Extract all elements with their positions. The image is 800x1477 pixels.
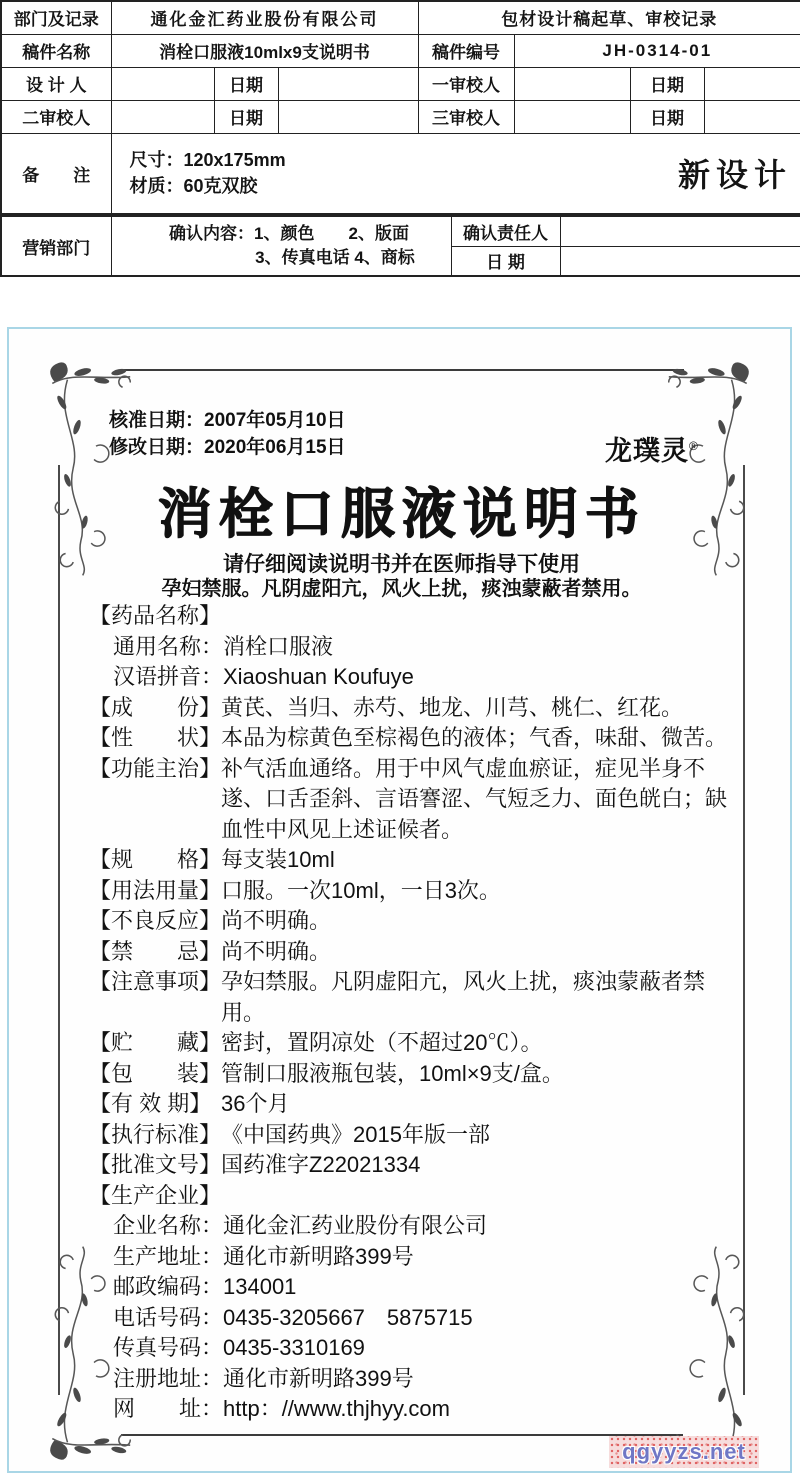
leaflet-entry: 【用法用量】口服。一次10ml，一日3次。: [89, 876, 739, 907]
entry-label: 【用法用量】: [89, 876, 221, 907]
approval-dates: 核准日期：2007年05月10日 修改日期：2020年06月15日: [109, 407, 346, 461]
leaflet-entry: 生产地址：通化市新明路399号: [89, 1242, 739, 1273]
entry-label: 【批准文号】: [89, 1150, 221, 1181]
brand-logo: 龙璞灵®: [605, 429, 699, 468]
remark-material: 材质：60克双胶: [130, 173, 286, 199]
entry-label: 【功能主治】: [89, 754, 221, 785]
leaflet-entry: 注册地址：通化市新明路399号: [89, 1364, 739, 1395]
reviewer2-value-cell: [111, 100, 214, 133]
date-label-cell: 日期: [214, 67, 278, 100]
confirm-line2: 3、传真电话 4、商标: [128, 246, 451, 270]
entry-label: 【生产企业】: [89, 1181, 221, 1212]
entry-text: 本品为棕黄色至棕褐色的液体；气香，味甜、微苦。: [221, 723, 739, 754]
record-title-cell: 包材设计稿起草、审校记录: [418, 1, 800, 34]
entry-text: 每支装10ml: [221, 845, 739, 876]
leaflet-entry: 汉语拼音：Xiaoshuan Koufuye: [89, 662, 739, 693]
entry-text: 传真号码：0435-3310169: [113, 1333, 739, 1364]
entry-label: 【有 效 期】: [89, 1089, 221, 1120]
date-label-cell: 日期: [214, 100, 278, 133]
leaflet-entry: 【执行标准】《中国药典》2015年版一部: [89, 1120, 739, 1151]
confirm-person-value-cell: [560, 216, 800, 246]
reviewer3-label-cell: 三审校人: [418, 100, 514, 133]
leaflet-artwork: 核准日期：2007年05月10日 修改日期：2020年06月15日 龙璞灵® 消…: [7, 327, 792, 1473]
leaflet-notice-2: 孕妇禁服。凡阴虚阳亢，风火上扰，痰浊蒙蔽者禁用。: [58, 572, 745, 601]
confirm-line1: 确认内容：1、颜色 2、版面: [128, 222, 451, 246]
leaflet-entry: 【性 状】本品为棕黄色至棕褐色的液体；气香，味甜、微苦。: [89, 723, 739, 754]
watermark-text: qgyyzs.net: [622, 1439, 746, 1465]
remark-label-cell: 备 注: [1, 133, 111, 214]
leaflet-entry: 邮政编码：134001: [89, 1272, 739, 1303]
registered-mark: ®: [689, 439, 699, 453]
draft-no-label-cell: 稿件编号: [418, 34, 514, 67]
leaflet-entry: 网 址：http：//www.thjhyy.com: [89, 1394, 739, 1425]
entry-text: 汉语拼音：Xiaoshuan Koufuye: [113, 662, 739, 693]
leaflet-entry: 【禁 忌】尚不明确。: [89, 937, 739, 968]
remark-size: 尺寸：120x175mm: [130, 147, 286, 173]
top-rule: [124, 369, 684, 371]
date-label-cell: 日期: [630, 67, 704, 100]
entry-text: 口服。一次10ml，一日3次。: [221, 876, 739, 907]
leaflet-entry: 【有 效 期】36个月: [89, 1089, 739, 1120]
entry-label: 【性 状】: [89, 723, 221, 754]
date-value-cell: [278, 100, 418, 133]
dept-label-cell: 部门及记录: [1, 1, 111, 34]
date-value-cell: [278, 67, 418, 100]
entry-text: 密封，置阴凉处（不超过20℃）。: [221, 1028, 739, 1059]
draft-name-label-cell: 稿件名称: [1, 34, 111, 67]
entry-text: 企业名称：通化金汇药业股份有限公司: [113, 1211, 739, 1242]
entry-label: 【成 份】: [89, 693, 221, 724]
reviewer1-label-cell: 一审校人: [418, 67, 514, 100]
entry-text: 电话号码：0435-3205667 5875715: [113, 1303, 739, 1334]
leaflet-entry: 【批准文号】国药准字Z22021334: [89, 1150, 739, 1181]
confirm-person-label-cell: 确认责任人: [451, 216, 560, 246]
confirm-content-cell: 确认内容：1、颜色 2、版面 3、传真电话 4、商标: [111, 216, 451, 276]
entry-label: 【包 装】: [89, 1059, 221, 1090]
confirm-date-value-cell: [560, 246, 800, 276]
leaflet-entry: 【功能主治】补气活血通络。用于中风气虚血瘀证，症见半身不遂、口舌歪斜、言语謇涩、…: [89, 754, 739, 846]
draft-no-cell: JH-0314-01: [514, 34, 800, 67]
site-watermark: qgyyzs.net: [609, 1436, 759, 1468]
entry-text: 管制口服液瓶包装，10ml×9支/盒。: [221, 1059, 739, 1090]
remark-lines: 尺寸：120x175mm 材质：60克双胶: [130, 147, 286, 199]
revision-date: 修改日期：2020年06月15日: [109, 434, 346, 461]
entry-text: 通用名称：消栓口服液: [113, 632, 739, 663]
leaflet-entry: 传真号码：0435-3310169: [89, 1333, 739, 1364]
leaflet-entry: 【包 装】管制口服液瓶包装，10ml×9支/盒。: [89, 1059, 739, 1090]
date-label-cell: 日期: [630, 100, 704, 133]
entry-text: 生产地址：通化市新明路399号: [113, 1242, 739, 1273]
company-name-cell: 通化金汇药业股份有限公司: [111, 1, 418, 34]
leaflet-entry: 企业名称：通化金汇药业股份有限公司: [89, 1211, 739, 1242]
review-table: 部门及记录 通化金汇药业股份有限公司 包材设计稿起草、审校记录 稿件名称 消栓口…: [0, 0, 800, 215]
leaflet-entry: 电话号码：0435-3205667 5875715: [89, 1303, 739, 1334]
brand-name: 龙璞灵: [605, 436, 689, 466]
designer-value-cell: [111, 67, 214, 100]
leaflet-entry: 【规 格】每支装10ml: [89, 845, 739, 876]
entry-text: 36个月: [221, 1089, 739, 1120]
entry-text: 孕妇禁服。凡阴虚阳亢，风火上扰，痰浊蒙蔽者禁用。: [221, 967, 739, 1028]
marketing-confirm-table: 营销部门 确认内容：1、颜色 2、版面 3、传真电话 4、商标 确认责任人 日 …: [0, 215, 800, 277]
leaflet-title: 消栓口服液说明书: [58, 471, 745, 548]
leaflet-body: 【药品名称】 通用名称：消栓口服液 汉语拼音：Xiaoshuan Koufuye…: [89, 601, 739, 1425]
confirm-date-label-cell: 日 期: [451, 246, 560, 276]
reviewer2-label-cell: 二审校人: [1, 100, 111, 133]
designer-label-cell: 设 计 人: [1, 67, 111, 100]
date-value-cell: [704, 67, 800, 100]
leaflet-entry: 【注意事项】孕妇禁服。凡阴虚阳亢，风火上扰，痰浊蒙蔽者禁用。: [89, 967, 739, 1028]
reviewer3-value-cell: [514, 100, 630, 133]
entry-text: 尚不明确。: [221, 937, 739, 968]
entry-text: 补气活血通络。用于中风气虚血瘀证，症见半身不遂、口舌歪斜、言语謇涩、气短乏力、面…: [221, 754, 739, 846]
entry-label: 【执行标准】: [89, 1120, 221, 1151]
entry-text: 《中国药典》2015年版一部: [221, 1120, 739, 1151]
entry-text: 注册地址：通化市新明路399号: [113, 1364, 739, 1395]
reviewer1-value-cell: [514, 67, 630, 100]
entry-text: 国药准字Z22021334: [221, 1150, 739, 1181]
entry-label: 【注意事项】: [89, 967, 221, 998]
remark-content-cell: 尺寸：120x175mm 材质：60克双胶 新设计: [111, 133, 800, 214]
leaflet-entry: 【成 份】黄芪、当归、赤芍、地龙、川芎、桃仁、红花。: [89, 693, 739, 724]
entry-label: 【贮 藏】: [89, 1028, 221, 1059]
entry-text: 网 址：http：//www.thjhyy.com: [113, 1394, 739, 1425]
leaflet-entry: 【贮 藏】密封，置阴凉处（不超过20℃）。: [89, 1028, 739, 1059]
date-value-cell: [704, 100, 800, 133]
new-design-stamp: 新设计: [678, 150, 792, 196]
draft-name-cell: 消栓口服液10mlx9支说明书: [111, 34, 418, 67]
leaflet-entry: 【不良反应】尚不明确。: [89, 906, 739, 937]
leaflet-entry: 【生产企业】: [89, 1181, 739, 1212]
marketing-label-cell: 营销部门: [1, 216, 111, 276]
entry-label: 【规 格】: [89, 845, 221, 876]
leaflet-entry: 通用名称：消栓口服液: [89, 632, 739, 663]
review-record-section: 部门及记录 通化金汇药业股份有限公司 包材设计稿起草、审校记录 稿件名称 消栓口…: [0, 0, 800, 277]
entry-text: 邮政编码：134001: [113, 1272, 739, 1303]
approval-date: 核准日期：2007年05月10日: [109, 407, 346, 434]
entry-label: 【不良反应】: [89, 906, 221, 937]
entry-text: 尚不明确。: [221, 906, 739, 937]
bottom-rule: [121, 1434, 683, 1436]
entry-text: 黄芪、当归、赤芍、地龙、川芎、桃仁、红花。: [221, 693, 739, 724]
leaflet-entry: 【药品名称】: [89, 601, 739, 632]
entry-label: 【禁 忌】: [89, 937, 221, 968]
entry-label: 【药品名称】: [89, 601, 221, 632]
